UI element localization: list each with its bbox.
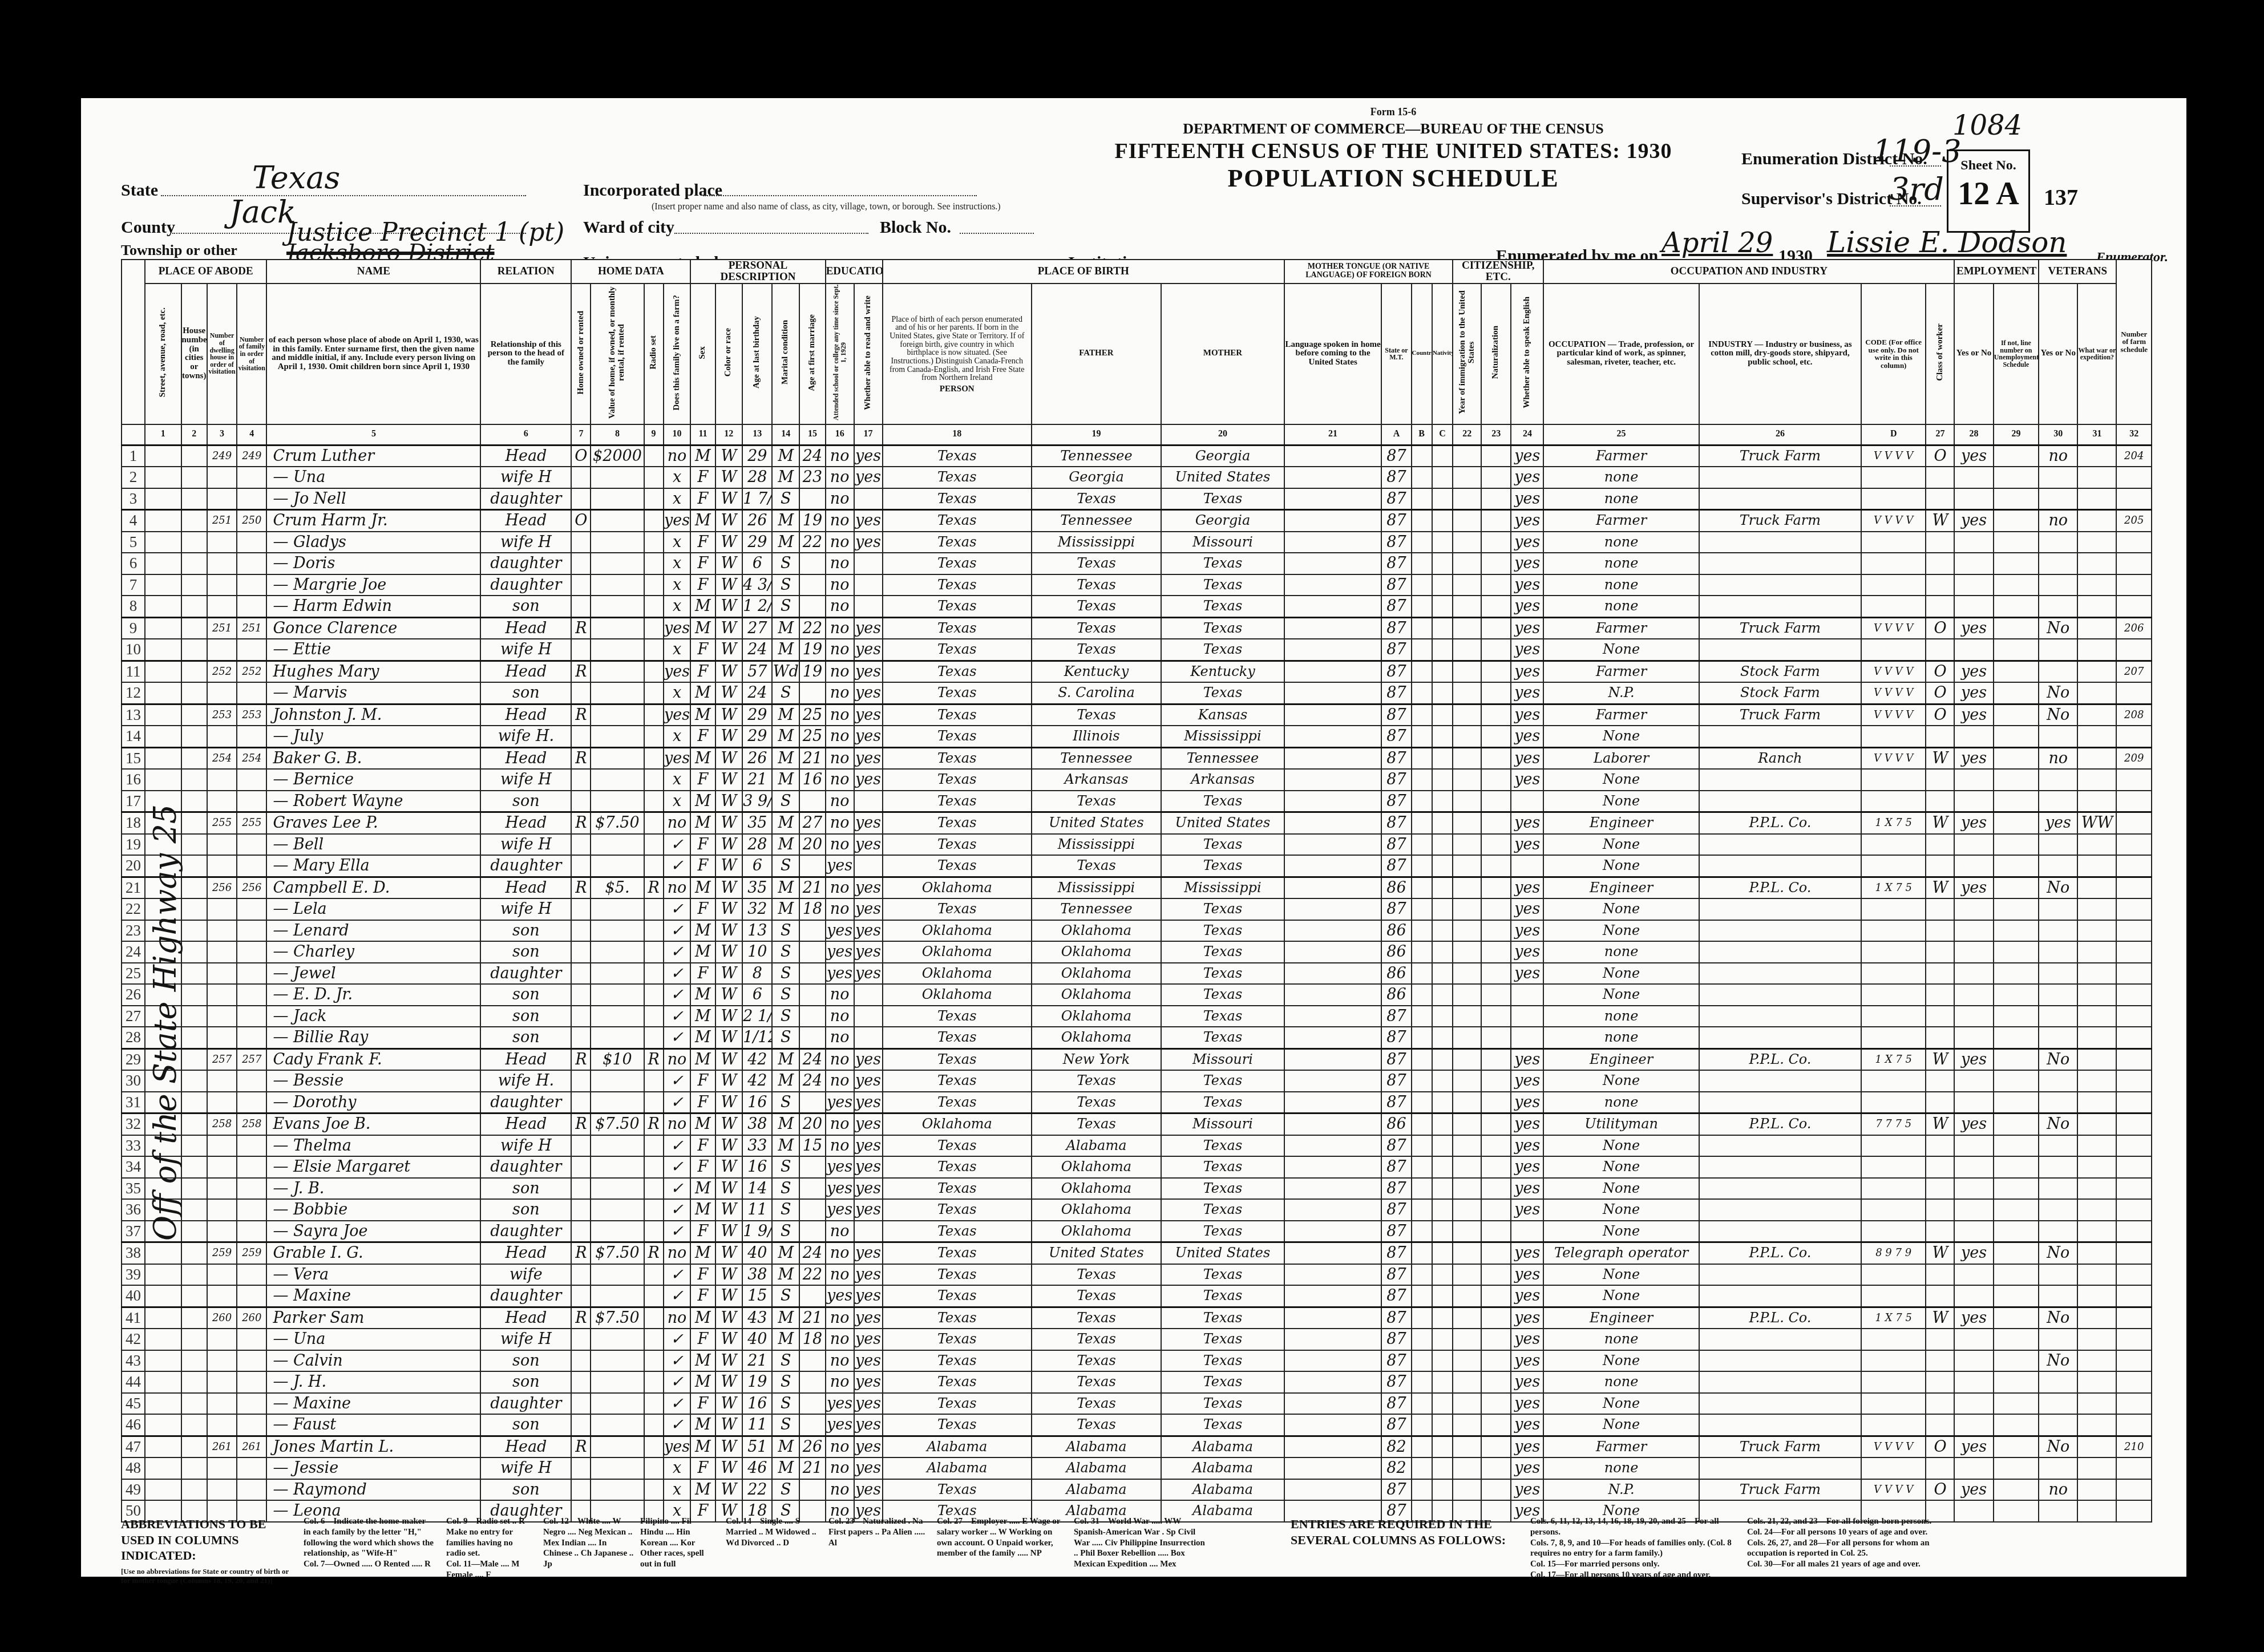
cell-veteran	[2039, 1414, 2077, 1436]
cell-school: no	[826, 1350, 854, 1372]
cell-war	[2077, 574, 2116, 596]
cell-radio-set	[644, 1371, 664, 1393]
cell-house-number	[181, 963, 207, 985]
cell-marital: S	[772, 488, 799, 510]
cell-at-work	[1954, 1393, 1993, 1415]
cell-race: W	[715, 445, 743, 467]
cell-farm: x	[664, 596, 691, 617]
cell-relation: Head	[480, 1436, 571, 1457]
cell-dwelling-number	[207, 1135, 237, 1157]
cell-code-a: 87	[1381, 726, 1411, 747]
cell-birthplace-father: Texas	[1032, 574, 1161, 596]
table-row: 40— Maxinedaughter✓FW15SyesyesTexasTexas…	[122, 1285, 2152, 1307]
cell-code-d: 1 X 7 5	[1861, 877, 1926, 898]
cell-speak-english: yes	[1511, 617, 1543, 639]
cell-farm-schedule	[2116, 963, 2152, 985]
cell-unemployment-line	[1994, 834, 2039, 856]
cell-person-name: — Bobbie	[266, 1199, 480, 1221]
col-header-16: Attended school or college any time sinc…	[832, 284, 847, 421]
cell-mother-tongue	[1284, 920, 1381, 942]
cell-class-of-worker: W	[1926, 1048, 1954, 1070]
cell-birthplace-person: Texas	[883, 574, 1032, 596]
cell-naturalization	[1481, 726, 1511, 747]
col-header-22: Year of immigration to the United States	[1458, 284, 1477, 421]
cell-unemployment-line	[1994, 1479, 2039, 1501]
cell-race: W	[715, 747, 743, 769]
cell-unemployment-line	[1994, 726, 2039, 747]
table-row: 2— Unawife HxFW28M23noyesTexasGeorgiaUni…	[122, 467, 2152, 488]
cell-relation: daughter	[480, 1221, 571, 1242]
cell-code-c	[1432, 1092, 1453, 1114]
cell-code-b	[1412, 596, 1432, 617]
cell-school: no	[826, 1006, 854, 1027]
cell-class-of-worker	[1926, 1393, 1954, 1415]
cell-radio-set	[644, 574, 664, 596]
cell-veteran: no	[2039, 747, 2077, 769]
cell-unemployment-line	[1994, 941, 2039, 963]
cell-code-a: 87	[1381, 834, 1411, 856]
cell-immigration-year	[1453, 1329, 1481, 1350]
cell-birthplace-mother: Tennessee	[1161, 747, 1284, 769]
cell-read-write: yes	[854, 769, 883, 791]
cell-farm-schedule	[2116, 941, 2152, 963]
cell-birthplace-person: Texas	[883, 1264, 1032, 1286]
cell-at-work	[1954, 596, 1993, 617]
cell-veteran	[2039, 726, 2077, 747]
cell-war	[2077, 1027, 2116, 1048]
cell-family-number	[237, 1178, 266, 1200]
cell-speak-english: yes	[1511, 1135, 1543, 1157]
cell-mother-tongue	[1284, 855, 1381, 877]
cell-relation: Head	[480, 661, 571, 682]
cell-read-write: yes	[854, 532, 883, 553]
cell-naturalization	[1481, 574, 1511, 596]
column-number: 15	[799, 424, 825, 446]
cell-unemployment-line	[1994, 769, 2039, 791]
cell-read-write: yes	[854, 1156, 883, 1178]
cell-farm-schedule	[2116, 553, 2152, 574]
cell-age-first-marriage	[799, 574, 825, 596]
cell-line-number: 49	[122, 1479, 145, 1501]
cell-occupation: Telegraph operator	[1543, 1242, 1699, 1264]
cell-code-a: 86	[1381, 1114, 1411, 1135]
cell-code-b	[1412, 1285, 1432, 1307]
cell-at-work: yes	[1954, 1436, 1993, 1457]
cell-dwelling-number	[207, 984, 237, 1006]
cell-marital: M	[772, 1329, 799, 1350]
cell-line-number: 23	[122, 920, 145, 942]
cell-school: no	[826, 877, 854, 898]
cell-person-name: — J. H.	[266, 1371, 480, 1393]
cell-person-name: — Elsie Margaret	[266, 1156, 480, 1178]
incorporated-note: (Insert proper name and also name of cla…	[652, 202, 1001, 212]
cell-class-of-worker	[1926, 1027, 1954, 1048]
cell-at-work	[1954, 1199, 1993, 1221]
table-row: 15254254Baker G. B.HeadRyesMW26M21noyesT…	[122, 747, 2152, 769]
cell-radio-set	[644, 1156, 664, 1178]
cell-veteran	[2039, 1092, 2077, 1114]
group-employment: EMPLOYMENT	[1954, 260, 2039, 284]
cell-person-name: — Gladys	[266, 532, 480, 553]
sheet-number: 12 A	[1948, 176, 2028, 212]
cell-class-of-worker: W	[1926, 747, 1954, 769]
cell-line-number: 43	[122, 1350, 145, 1372]
cell-code-b	[1412, 984, 1432, 1006]
cell-naturalization	[1481, 639, 1511, 661]
cell-occupation: None	[1543, 1178, 1699, 1200]
cell-code-d	[1861, 1457, 1926, 1479]
cell-birthplace-mother: Texas	[1161, 1092, 1284, 1114]
cell-home-value: $7.50	[591, 812, 644, 834]
cell-unemployment-line	[1994, 984, 2039, 1006]
cell-person-name: — Bessie	[266, 1070, 480, 1092]
cell-house-number	[181, 617, 207, 639]
cell-class-of-worker: W	[1926, 510, 1954, 532]
cell-age: 40	[742, 1329, 772, 1350]
cell-relation: daughter	[480, 855, 571, 877]
cell-immigration-year	[1453, 984, 1481, 1006]
cell-birthplace-father: Alabama	[1032, 1135, 1161, 1157]
cell-speak-english	[1511, 791, 1543, 812]
entries-8: Col. 30—For all males 21 years of age an…	[1747, 1559, 1952, 1570]
cell-code-d	[1861, 596, 1926, 617]
sheet-box: Sheet No. 12 A	[1947, 149, 2030, 233]
col-header-14: Marital condition	[781, 320, 790, 384]
cell-marital: S	[772, 1178, 799, 1200]
cell-birthplace-person: Texas	[883, 1285, 1032, 1307]
cell-person-name: — Dorothy	[266, 1092, 480, 1114]
cell-dwelling-number	[207, 467, 237, 488]
cell-person-name: — Sayra Joe	[266, 1221, 480, 1242]
cell-family-number	[237, 488, 266, 510]
cell-person-name: Crum Harm Jr.	[266, 510, 480, 532]
cell-farm: ✓	[664, 1221, 691, 1242]
cell-occupation: None	[1543, 1156, 1699, 1178]
cell-class-of-worker	[1926, 834, 1954, 856]
cell-birthplace-mother: Texas	[1161, 639, 1284, 661]
cell-marital: M	[772, 617, 799, 639]
cell-code-c	[1432, 855, 1453, 877]
cell-class-of-worker: O	[1926, 617, 1954, 639]
cell-marital: M	[772, 1457, 799, 1479]
cell-code-a: 87	[1381, 1092, 1411, 1114]
cell-line-number: 16	[122, 769, 145, 791]
cell-home-value	[591, 920, 644, 942]
cell-radio-set	[644, 812, 664, 834]
cell-code-d: V V V V	[1861, 445, 1926, 467]
cell-unemployment-line	[1994, 877, 2039, 898]
cell-relation: Head	[480, 1307, 571, 1329]
cell-home-value	[591, 510, 644, 532]
cell-race: W	[715, 1242, 743, 1264]
cell-race: W	[715, 1048, 743, 1070]
cell-at-work: yes	[1954, 812, 1993, 834]
cell-birthplace-mother: Georgia	[1161, 445, 1284, 467]
cell-naturalization	[1481, 1414, 1511, 1436]
cell-radio-set	[644, 1070, 664, 1092]
cell-family-number: 259	[237, 1242, 266, 1264]
cell-class-of-worker	[1926, 1329, 1954, 1350]
cell-unemployment-line	[1994, 1393, 2039, 1415]
cell-dwelling-number: 249	[207, 445, 237, 467]
cell-relation: wife	[480, 1264, 571, 1286]
cell-code-d	[1861, 467, 1926, 488]
cell-person-name: — Marvis	[266, 682, 480, 704]
cell-relation: Head	[480, 1048, 571, 1070]
cell-radio-set	[644, 596, 664, 617]
cell-dwelling-number	[207, 769, 237, 791]
cell-code-c	[1432, 661, 1453, 682]
abbr-col6: Col. 6—Indicate the home-maker in each f…	[304, 1516, 435, 1570]
cell-veteran: No	[2039, 1307, 2077, 1329]
col-header-13: Age at last birthday	[753, 316, 762, 388]
cell-dwelling-number	[207, 834, 237, 856]
cell-house-number	[181, 488, 207, 510]
cell-age-first-marriage	[799, 488, 825, 510]
table-row: 16— Bernicewife HxFW21M16noyesTexasArkan…	[122, 769, 2152, 791]
cell-at-work	[1954, 639, 1993, 661]
cell-naturalization	[1481, 1242, 1511, 1264]
cell-street	[145, 445, 181, 467]
cell-mother-tongue	[1284, 1307, 1381, 1329]
cell-radio-set	[644, 445, 664, 467]
cell-at-work	[1954, 855, 1993, 877]
entries-2: Cols. 7, 8, 9, and 10—For heads of famil…	[1530, 1538, 1736, 1560]
cell-house-number	[181, 1457, 207, 1479]
cell-radio-set: R	[644, 877, 664, 898]
cell-birthplace-mother: Texas	[1161, 1178, 1284, 1200]
cell-farm: ✓	[664, 1350, 691, 1372]
cell-occupation: none	[1543, 532, 1699, 553]
cell-immigration-year	[1453, 1156, 1481, 1178]
cell-speak-english: yes	[1511, 445, 1543, 467]
cell-person-name: Johnston J. M.	[266, 704, 480, 726]
entries-1: Cols. 6, 11, 12, 13, 14, 16, 18, 19, 20,…	[1530, 1516, 1736, 1538]
cell-immigration-year	[1453, 1479, 1481, 1501]
cell-code-d	[1861, 1414, 1926, 1436]
cell-race: W	[715, 574, 743, 596]
cell-unemployment-line	[1994, 791, 2039, 812]
cell-code-b	[1412, 704, 1432, 726]
cell-code-c	[1432, 617, 1453, 639]
cell-person-name: — Doris	[266, 553, 480, 574]
cell-occupation: None	[1543, 1135, 1699, 1157]
cell-code-d	[1861, 1264, 1926, 1286]
cell-class-of-worker	[1926, 1285, 1954, 1307]
cell-read-write: yes	[854, 510, 883, 532]
cell-unemployment-line	[1994, 1242, 2039, 1264]
cell-farm-schedule	[2116, 1285, 2152, 1307]
col-header-B: Country	[1412, 284, 1432, 424]
cell-home-owned	[571, 834, 591, 856]
cell-farm-schedule	[2116, 574, 2152, 596]
cell-person-name: — Una	[266, 1329, 480, 1350]
cell-birthplace-mother: Texas	[1161, 791, 1284, 812]
cell-code-c	[1432, 1178, 1453, 1200]
cell-sex: F	[690, 1092, 715, 1114]
entries-6: Col. 24—For all persons 10 years of age …	[1747, 1527, 1952, 1538]
cell-occupation: Farmer	[1543, 661, 1699, 682]
cell-sex: M	[690, 941, 715, 963]
cell-family-number	[237, 1350, 266, 1372]
cell-age-first-marriage: 24	[799, 1048, 825, 1070]
cell-family-number	[237, 1092, 266, 1114]
cell-birthplace-father: Oklahoma	[1032, 1221, 1161, 1242]
cell-family-number	[237, 682, 266, 704]
cell-age-first-marriage: 21	[799, 1307, 825, 1329]
cell-farm: ✓	[664, 855, 691, 877]
cell-code-d: V V V V	[1861, 747, 1926, 769]
table-row: 23— Lenardson✓MW13SyesyesOklahomaOklahom…	[122, 920, 2152, 942]
cell-age-first-marriage: 20	[799, 1114, 825, 1135]
cell-race: W	[715, 1285, 743, 1307]
cell-code-d: V V V V	[1861, 661, 1926, 682]
cell-sex: F	[690, 532, 715, 553]
cell-code-d	[1861, 898, 1926, 920]
cell-relation: daughter	[480, 574, 571, 596]
cell-at-work: yes	[1954, 510, 1993, 532]
cell-line-number: 4	[122, 510, 145, 532]
cell-marital: M	[772, 834, 799, 856]
cell-war	[2077, 596, 2116, 617]
column-number: 31	[2077, 424, 2116, 446]
cell-code-c	[1432, 1457, 1453, 1479]
cell-code-a: 86	[1381, 984, 1411, 1006]
cell-farm-schedule	[2116, 1135, 2152, 1157]
cell-unemployment-line	[1994, 898, 2039, 920]
cell-code-c	[1432, 984, 1453, 1006]
cell-relation: wife H	[480, 639, 571, 661]
cell-at-work	[1954, 984, 1993, 1006]
cell-dwelling-number	[207, 1027, 237, 1048]
cell-read-write: yes	[854, 920, 883, 942]
column-number: B	[1412, 424, 1432, 446]
cell-war	[2077, 1114, 2116, 1135]
cell-race: W	[715, 855, 743, 877]
cell-age-first-marriage	[799, 963, 825, 985]
schedule-title: POPULATION SCHEDULE	[1051, 164, 1736, 193]
cell-radio-set: R	[644, 1048, 664, 1070]
cell-immigration-year	[1453, 963, 1481, 985]
cell-speak-english: yes	[1511, 661, 1543, 682]
cell-sex: F	[690, 1135, 715, 1157]
cell-street	[145, 682, 181, 704]
cell-home-value	[591, 855, 644, 877]
cell-farm-schedule	[2116, 1199, 2152, 1221]
cell-class-of-worker	[1926, 984, 1954, 1006]
cell-code-a: 86	[1381, 941, 1411, 963]
cell-radio-set	[644, 747, 664, 769]
cell-naturalization	[1481, 855, 1511, 877]
cell-code-c	[1432, 1156, 1453, 1178]
cell-code-b	[1412, 661, 1432, 682]
cell-birthplace-father: Oklahoma	[1032, 1178, 1161, 1200]
cell-family-number	[237, 1285, 266, 1307]
cell-radio-set	[644, 617, 664, 639]
cell-speak-english: yes	[1511, 1114, 1543, 1135]
cell-marital: S	[772, 1221, 799, 1242]
cell-veteran	[2039, 1199, 2077, 1221]
cell-war: WW	[2077, 812, 2116, 834]
cell-birthplace-father: Texas	[1032, 1329, 1161, 1350]
cell-age: 4 3/12	[742, 574, 772, 596]
cell-race: W	[715, 1414, 743, 1436]
cell-age-first-marriage	[799, 1027, 825, 1048]
cell-birthplace-person: Texas	[883, 596, 1032, 617]
cell-industry	[1699, 1264, 1861, 1286]
cell-birthplace-father: Oklahoma	[1032, 963, 1161, 985]
cell-school: yes	[826, 1414, 854, 1436]
cell-person-name: — Harm Edwin	[266, 596, 480, 617]
cell-immigration-year	[1453, 1350, 1481, 1372]
cell-birthplace-person: Texas	[883, 747, 1032, 769]
cell-unemployment-line	[1994, 617, 2039, 639]
cell-code-a: 87	[1381, 898, 1411, 920]
cell-code-c	[1432, 1006, 1453, 1027]
cell-school: yes	[826, 855, 854, 877]
cell-line-number: 21	[122, 877, 145, 898]
cell-naturalization	[1481, 898, 1511, 920]
cell-age-first-marriage: 22	[799, 532, 825, 553]
cell-birthplace-father: Texas	[1032, 1414, 1161, 1436]
cell-radio-set	[644, 488, 664, 510]
cell-house-number	[181, 1114, 207, 1135]
cell-school: no	[826, 1242, 854, 1264]
cell-war	[2077, 445, 2116, 467]
cell-school: no	[826, 445, 854, 467]
cell-street	[145, 596, 181, 617]
col-header-30: Yes or No	[2039, 284, 2077, 424]
cell-industry	[1699, 1135, 1861, 1157]
cell-dwelling-number	[207, 1221, 237, 1242]
cell-person-name: — Maxine	[266, 1285, 480, 1307]
cell-dwelling-number	[207, 1156, 237, 1178]
cell-class-of-worker	[1926, 553, 1954, 574]
cell-person-name: — J. B.	[266, 1178, 480, 1200]
cell-marital: M	[772, 445, 799, 467]
cell-veteran: no	[2039, 445, 2077, 467]
cell-age: 29	[742, 726, 772, 747]
cell-home-value	[591, 791, 644, 812]
table-row: 44— J. H.son✓MW19SnoyesTexasTexasTexas87…	[122, 1371, 2152, 1393]
cell-read-write	[854, 984, 883, 1006]
cell-family-number	[237, 984, 266, 1006]
cell-immigration-year	[1453, 510, 1481, 532]
cell-farm: ✓	[664, 834, 691, 856]
cell-dwelling-number	[207, 1285, 237, 1307]
cell-birthplace-father: Oklahoma	[1032, 1156, 1161, 1178]
cell-read-write: yes	[854, 445, 883, 467]
table-row: 7— Margrie JoedaughterxFW4 3/12SnoTexasT…	[122, 574, 2152, 596]
cell-home-owned	[571, 898, 591, 920]
cell-relation: wife H	[480, 769, 571, 791]
cell-home-value	[591, 1070, 644, 1092]
cell-sex: F	[690, 467, 715, 488]
cell-mother-tongue	[1284, 488, 1381, 510]
cell-code-b	[1412, 1199, 1432, 1221]
cell-home-owned	[571, 1285, 591, 1307]
cell-birthplace-father: Texas	[1032, 617, 1161, 639]
cell-sex: M	[690, 1371, 715, 1393]
cell-industry	[1699, 1285, 1861, 1307]
cell-relation: son	[480, 1414, 571, 1436]
cell-sex: F	[690, 1221, 715, 1242]
cell-birthplace-person: Texas	[883, 445, 1032, 467]
cell-home-owned	[571, 532, 591, 553]
cell-birthplace-father: Oklahoma	[1032, 1199, 1161, 1221]
cell-code-c	[1432, 877, 1453, 898]
cell-dwelling-number	[207, 1092, 237, 1114]
